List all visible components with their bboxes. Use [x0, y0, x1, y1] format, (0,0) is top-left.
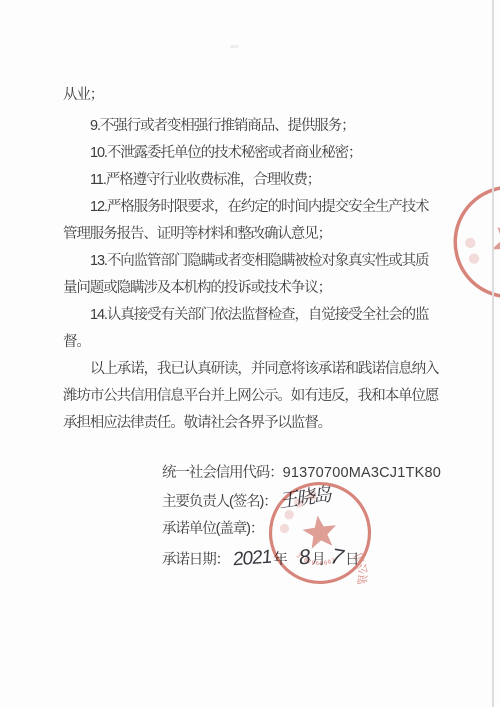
- scan-edge-line: [492, 0, 494, 707]
- body-line: 13.不向监管部门隐瞒或者变相隐瞒被检对象真实性或其质: [63, 248, 453, 275]
- credit-code-label: 统一社会信用代码：: [162, 465, 283, 481]
- year-char: 年: [273, 552, 286, 568]
- signature-block: 统一社会信用代码：91370700MA3CJ1TK80 主要负责人(签名)：王晓…: [162, 459, 441, 571]
- credit-code-row: 统一社会信用代码：91370700MA3CJ1TK80: [162, 459, 441, 487]
- body-line: 10.不泄露委托单位的技术秘密或者商业秘密；: [63, 140, 453, 167]
- body-line: 管理服务报告、证明等材料和整改确认意见；: [63, 221, 453, 248]
- day-char: 日: [345, 552, 358, 568]
- credit-code-value: 91370700MA3CJ1TK80: [283, 465, 441, 481]
- signer-row: 主要负责人(签名)：王晓岛: [162, 487, 441, 515]
- body-line: 从业；: [63, 82, 103, 109]
- body-line: 潍坊市公共信用信息平台并上网公示。如有违反，我和本单位愿: [63, 383, 453, 410]
- date-row: 承诺日期：2021年8月7日: [162, 543, 441, 571]
- signer-label: 主要负责人(签名)：: [162, 494, 277, 510]
- date-label: 承诺日期：: [162, 552, 229, 568]
- scan-speck: [230, 45, 239, 48]
- unit-row: 承诺单位(盖章)：: [162, 515, 441, 543]
- body-line: 11.严格遵守行业收费标准，合理收费；: [63, 167, 453, 194]
- body-line: 以上承诺，我已认真研读，并同意将该承诺和践诺信息纳入: [63, 356, 453, 383]
- handwritten-year: 2021: [232, 544, 272, 575]
- handwritten-month: 8: [298, 543, 311, 572]
- body-line: 14.认真接受有关部门依法监督检查，自觉接受全社会的监: [63, 302, 453, 329]
- unit-label: 承诺单位(盖章)：: [162, 521, 263, 537]
- body-line: 12.严格服务时限要求，在约定的时间内提交安全生产技术: [63, 194, 453, 221]
- body-line: 9.不强行或者变相强行推销商品、提供服务；: [63, 113, 453, 140]
- seal-illegible-char: [463, 236, 478, 251]
- body-line: 承担相应法律责任。敬请社会各界予以监督。: [63, 410, 453, 437]
- body-line: 督。: [63, 329, 453, 356]
- month-char: 月: [311, 552, 324, 568]
- seal-illegible-char: [467, 251, 482, 266]
- body-line: 量问题或隐瞒涉及本机构的投诉或技术争议；: [63, 275, 453, 302]
- scanned-document-page: 从业； 9.不强行或者变相强行推销商品、提供服务； 10.不泄露委托单位的技术秘…: [0, 0, 500, 707]
- handwritten-signature: 王晓岛: [279, 481, 333, 517]
- document-body: 9.不强行或者变相强行推销商品、提供服务； 10.不泄露委托单位的技术秘密或者商…: [63, 113, 453, 437]
